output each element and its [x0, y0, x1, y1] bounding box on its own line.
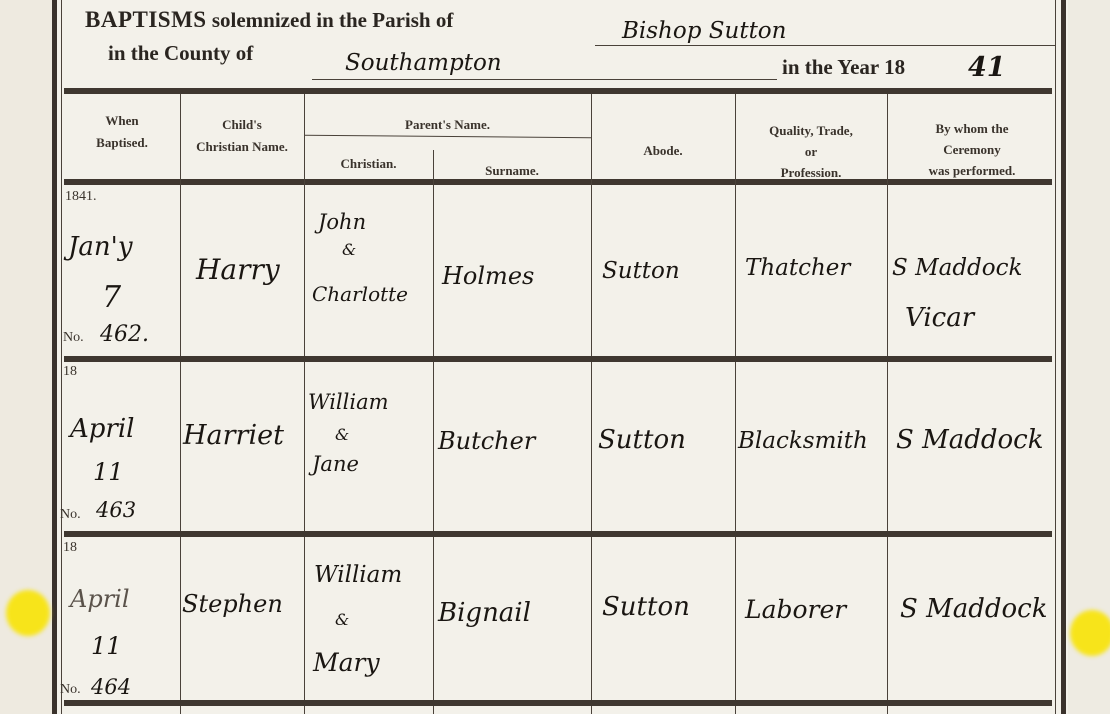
entry-profession: Blacksmith: [738, 428, 868, 454]
entry-day: 11: [91, 632, 122, 660]
entry-parent-christian-1: William: [314, 562, 402, 588]
col-divider-5: [735, 94, 736, 714]
yellow-marker-dot-right: [1070, 610, 1110, 656]
entry-parent-christian-2: Jane: [312, 452, 359, 476]
entry-officiant: S Maddock: [892, 255, 1022, 281]
header-child-name: Child's Christian Name.: [180, 114, 304, 158]
entry-parent-and: &: [335, 610, 349, 629]
register-title: BAPTISMS solemnized in the Parish of: [85, 7, 453, 33]
entry-officiant: S Maddock: [900, 594, 1047, 624]
entry-no-label: No.: [60, 507, 81, 523]
entry-child-name: Stephen: [182, 590, 283, 618]
entry-day: 11: [93, 458, 124, 486]
entry-abode: Sutton: [598, 425, 686, 455]
year-value: 41: [968, 52, 1006, 83]
entry-surname: Butcher: [438, 427, 535, 455]
left-border-inner: [61, 0, 62, 714]
entry-year-prefix: 18: [63, 540, 77, 556]
entry-month: Jan'y: [68, 232, 133, 262]
header-top-rule: [64, 88, 1052, 94]
entry-parent-christian-2: Mary: [313, 648, 380, 677]
entry-child-name: Harry: [196, 253, 280, 286]
title-prefix: BAPTISMS: [85, 7, 207, 32]
entry-profession: Thatcher: [745, 255, 850, 281]
entry-day: 7: [102, 280, 121, 315]
entry-month: April: [70, 414, 134, 444]
entry-year-prefix: 18: [63, 364, 77, 380]
entry-parent-christian-1: John: [318, 210, 366, 234]
entry-parent-christian-2: Charlotte: [312, 282, 408, 306]
yellow-marker-dot-left: [6, 590, 50, 636]
header-parent-christian: Christian.: [304, 153, 433, 175]
entry-officiant-title: Vicar: [905, 303, 974, 333]
county-fill-line: [312, 79, 777, 80]
entry-officiant: S Maddock: [896, 425, 1043, 455]
entry-surname: Bignail: [438, 598, 531, 628]
parish-fill-line: [595, 45, 1055, 46]
entry-number: 462.: [100, 322, 149, 347]
title-rest: solemnized in the Parish of: [212, 8, 454, 32]
left-border: [52, 0, 57, 714]
col-divider-6: [887, 94, 888, 714]
entry-abode: Sutton: [602, 592, 690, 622]
right-border-inner: [1055, 0, 1056, 714]
header-parent-surname: Surname.: [433, 160, 591, 182]
right-border: [1061, 0, 1066, 714]
entry-year-prefix: 1841.: [65, 189, 97, 205]
row-rule-1: [64, 356, 1052, 362]
year-label: in the Year 18: [782, 55, 905, 80]
header-when-baptised: When Baptised.: [64, 110, 180, 154]
col-divider-4: [591, 94, 592, 714]
entry-child-name: Harriet: [183, 420, 284, 451]
entry-number: 464: [91, 675, 131, 699]
col-divider-3: [433, 150, 434, 714]
entry-month: April: [70, 585, 130, 613]
entry-parent-and: &: [342, 240, 356, 259]
row-rule-2: [64, 531, 1052, 537]
entry-number: 463: [96, 498, 136, 522]
right-margin: [1068, 0, 1110, 714]
header-by-whom-performed: By whom the Ceremony was performed.: [887, 118, 1057, 181]
row-rule-3: [64, 700, 1052, 706]
county-label: in the County of: [108, 41, 253, 66]
col-divider-2: [304, 94, 305, 714]
header-parents-name: Parent's Name.: [304, 114, 591, 136]
header-abode: Abode.: [591, 140, 735, 162]
entry-surname: Holmes: [442, 262, 534, 290]
entry-no-label: No.: [60, 682, 81, 698]
county-value: Southampton: [345, 50, 502, 76]
entry-no-label: No.: [63, 330, 84, 346]
entry-parent-and: &: [335, 425, 349, 444]
entry-profession: Laborer: [745, 595, 846, 624]
entry-abode: Sutton: [602, 258, 680, 284]
header-quality-trade-profession: Quality, Trade, or Profession.: [735, 120, 887, 183]
entry-parent-christian-1: William: [308, 390, 389, 414]
parish-value: Bishop Sutton: [622, 18, 786, 44]
col-divider-1: [180, 94, 181, 714]
